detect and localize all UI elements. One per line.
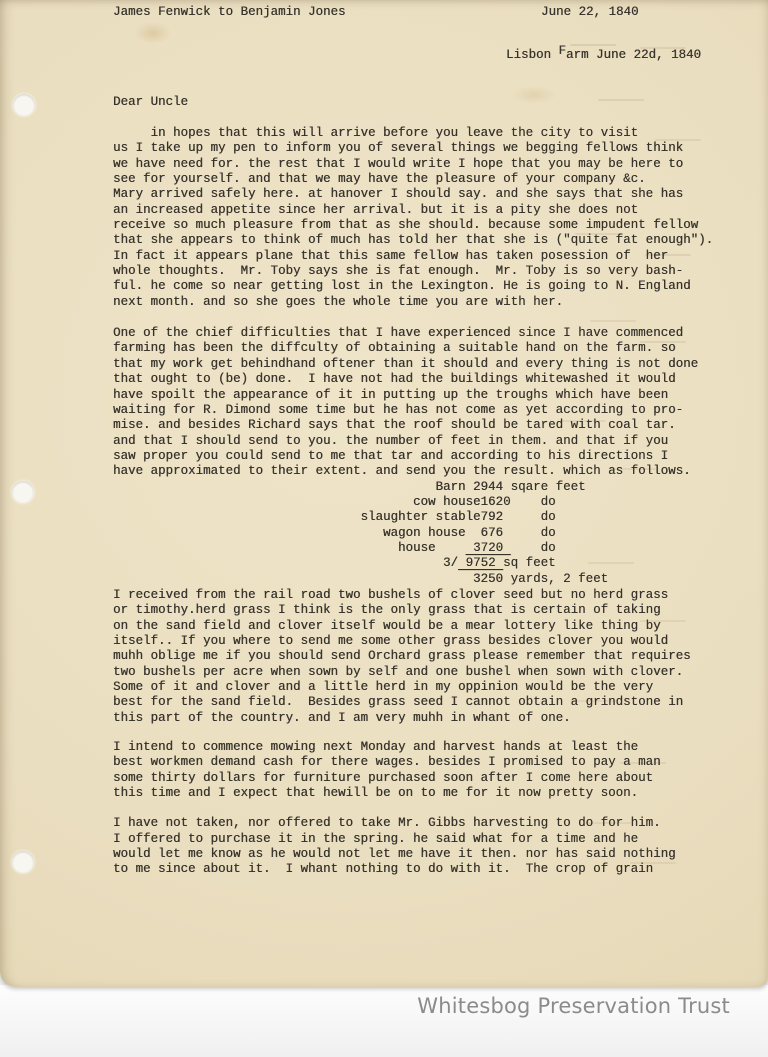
paper-stain: [512, 86, 556, 104]
letter-paragraph-4: I intend to commence mowing next Monday …: [113, 740, 758, 801]
letter-dateline: Lisbon Farm June 22d, 1840: [506, 48, 701, 63]
table-row: house 3720 do: [113, 541, 758, 556]
letter-paragraph-3: I received from the rail road two bushel…: [113, 588, 758, 726]
table-row: slaughter stable792 do: [113, 510, 758, 525]
letter-date: June 22, 1840: [541, 5, 639, 20]
table-row-text: 3/: [113, 556, 458, 570]
table-row-text: sq feet: [503, 556, 556, 570]
table-row-text: cow house1620 do: [113, 495, 556, 509]
ink-bleed-through-marks: [0, 0, 46, 2]
square-feet-table: Barn 2944 sqare feet cow house1620 do sl…: [113, 480, 758, 587]
table-row: Barn 2944 sqare feet: [113, 480, 758, 495]
table-row-text: 3250 yards, 2 feet: [113, 572, 608, 586]
salutation: Dear Uncle: [113, 95, 188, 110]
table-row-text: wagon house 676 do: [113, 526, 556, 540]
dateline-text: Lisbon: [506, 48, 559, 62]
table-row-text: house: [113, 541, 466, 555]
letter-paragraph-2: One of the chief difficulties that I hav…: [113, 326, 758, 479]
table-row: 3250 yards, 2 feet: [113, 572, 758, 587]
dateline-text: arm June 22d, 1840: [566, 48, 701, 62]
table-row: cow house1620 do: [113, 495, 758, 510]
letter-body: in hopes that this will arrive before yo…: [113, 126, 758, 878]
watermark-text: Whitesbog Preservation Trust: [417, 994, 730, 1018]
table-row-text: do: [511, 541, 556, 555]
table-row: wagon house 676 do: [113, 526, 758, 541]
table-row: 3/ 9752 sq feet: [113, 556, 758, 571]
punch-hole-middle: [12, 481, 34, 503]
letter-paragraph-5: I have not taken, nor offered to take Mr…: [113, 816, 758, 877]
table-row-underlined: 3720: [466, 541, 511, 555]
table-row-underlined: 9752: [458, 556, 503, 570]
scanned-letter-page: Whitesbog Preservation Trust James Fenwi…: [0, 0, 768, 1057]
letter-heading: James Fenwick to Benjamin Jones: [113, 5, 346, 20]
punch-hole-top: [13, 94, 35, 116]
punch-hole-bottom: [12, 851, 34, 873]
dateline-raised-letter: F: [559, 44, 567, 58]
table-row-text: Barn 2944 sqare feet: [113, 480, 586, 494]
letter-paper: James Fenwick to Benjamin Jones June 22,…: [0, 0, 768, 987]
paper-stain: [135, 22, 171, 44]
table-row-text: slaughter stable792 do: [113, 510, 556, 524]
letter-paragraph-1: in hopes that this will arrive before yo…: [113, 126, 758, 310]
